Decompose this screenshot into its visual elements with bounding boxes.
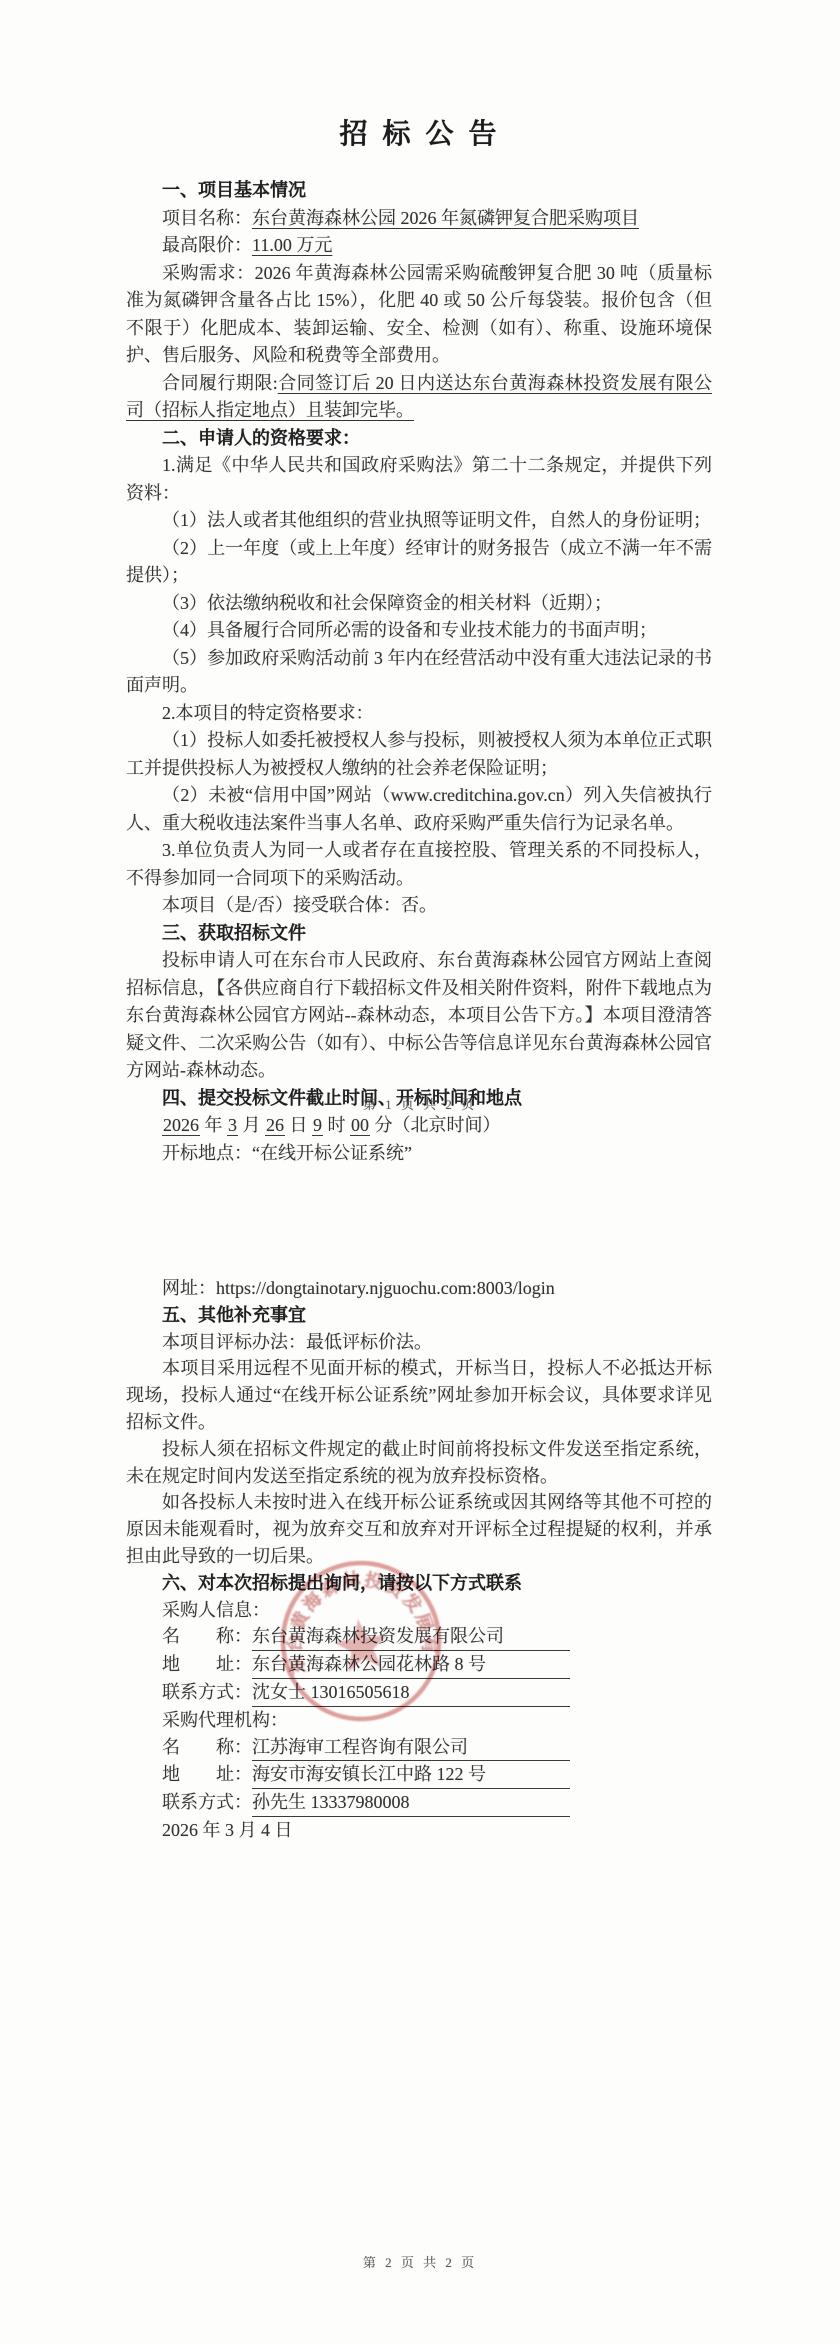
- agency-name-line: 名 称：江苏海审工程咨询有限公司: [126, 1734, 712, 1762]
- deadline-hour: 9: [312, 1115, 323, 1136]
- section1-heading: 一、项目基本情况: [126, 177, 712, 205]
- page1-footer: 第 1 页 共 2 页: [0, 1094, 840, 1113]
- evaluation-method-line: 本项目评标办法：最低评标价法。: [126, 1329, 712, 1356]
- section3-heading: 三、获取招标文件: [126, 920, 712, 948]
- waiver-paragraph: 如各投标人未按时进入在线开标公证系统或因其网络等其他不可控的原因未能观看时，视为…: [126, 1489, 712, 1569]
- page2-footer: 第 2 页 共 2 页: [0, 2252, 840, 2271]
- scanned-bid-announcement: 招 标 公 告 一、项目基本情况 项目名称：东台黄海森林公园 2026 年氮磷钾…: [0, 0, 840, 2344]
- deadline-year: 2026: [162, 1115, 200, 1136]
- announcement-date: 2026 年 3 月 4 日: [126, 1817, 712, 1844]
- purchaser-name-line: 名 称：东台黄海森林投资发展有限公司: [126, 1623, 712, 1651]
- project-name-line: 项目名称：东台黄海森林公园 2026 年氮磷钾复合肥采购项目: [126, 205, 712, 233]
- purchaser-contact-value: 沈女士 13016505618: [252, 1679, 570, 1707]
- max-price-value: 11.00 万元: [252, 235, 332, 255]
- obtain-documents-paragraph: 投标申请人可在东台市人民政府、东台黄海森林公园官方网站上查阅招标信息，【各供应商…: [126, 947, 712, 1085]
- purchaser-contact-label: 联系方式：: [162, 1682, 252, 1702]
- deadline-line: 2026 年 3 月 26 日 9 时 00 分（北京时间）: [126, 1112, 712, 1140]
- qualification-1-3: （3）依法缴纳税收和社会保障资金的相关材料（近期）；: [126, 590, 712, 618]
- deadline-minute: 00: [350, 1115, 370, 1136]
- agency-heading: 采购代理机构：: [126, 1707, 712, 1734]
- open-location-line: 开标地点：“在线开标公证系统”: [126, 1140, 712, 1168]
- contract-term-label: 合同履行期限:: [162, 373, 278, 393]
- purchaser-contact-line: 联系方式：沈女士 13016505618: [126, 1679, 712, 1707]
- agency-contact-label: 联系方式：: [162, 1792, 252, 1812]
- purchaser-info-heading: 采购人信息：: [126, 1597, 712, 1624]
- deadline-month-unit: 月: [238, 1115, 265, 1135]
- deadline-day-unit: 日: [285, 1115, 312, 1135]
- qualification-3: 3.单位负责人为同一人或者存在直接控股、管理关系的不同投标人，不得参加同一合同项…: [126, 837, 712, 892]
- qualification-1: 1.满足《中华人民共和国政府采购法》第二十二条规定，并提供下列资料：: [126, 452, 712, 507]
- qualification-2: 2.本项目的特定资格要求：: [126, 700, 712, 728]
- qualification-2-1: （1）投标人如委托被授权人参与投标，则被授权人须为本单位正式职工并提供投标人为被…: [126, 727, 712, 782]
- agency-contact-value: 孙先生 13337980008: [252, 1789, 570, 1817]
- deadline-year-unit: 年: [200, 1115, 227, 1135]
- page1-content: 一、项目基本情况 项目名称：东台黄海森林公园 2026 年氮磷钾复合肥采购项目 …: [126, 177, 712, 1167]
- agency-address-label: 地 址：: [162, 1764, 252, 1784]
- document-title: 招 标 公 告: [0, 112, 840, 152]
- purchaser-address-value: 东台黄海森林公园花林路 8 号: [252, 1651, 570, 1679]
- qualification-1-1: （1）法人或者其他组织的营业执照等证明文件，自然人的身份证明；: [126, 507, 712, 535]
- section5-heading: 五、其他补充事宜: [126, 1302, 712, 1329]
- project-name-value: 东台黄海森林公园 2026 年氮磷钾复合肥采购项目: [252, 208, 639, 228]
- page2-content: 网址：https://dongtainotary.njguochu.com:80…: [126, 1275, 712, 1844]
- qualification-1-5: （5）参加政府采购活动前 3 年内在经营活动中没有重大违法记录的书面声明。: [126, 645, 712, 700]
- purchaser-name-value: 东台黄海森林投资发展有限公司: [252, 1623, 570, 1651]
- submission-system-paragraph: 投标人须在招标文件规定的截止时间前将投标文件发送至指定系统，未在规定时间内发送至…: [126, 1436, 712, 1490]
- agency-name-value: 江苏海审工程咨询有限公司: [252, 1734, 570, 1762]
- procurement-demand-paragraph: 采购需求：2026 年黄海森林公园需采购硫酸钾复合肥 30 吨（质量标准为氮磷钾…: [126, 260, 712, 370]
- deadline-hour-unit: 时: [323, 1115, 350, 1135]
- remote-opening-paragraph: 本项目采用远程不见面开标的模式，开标当日，投标人不必抵达开标现场，投标人通过“在…: [126, 1355, 712, 1435]
- agency-name-label: 名 称：: [162, 1737, 252, 1757]
- project-name-label: 项目名称：: [162, 208, 252, 228]
- agency-contact-line: 联系方式：孙先生 13337980008: [126, 1789, 712, 1817]
- deadline-month: 3: [227, 1115, 238, 1136]
- section2-heading: 二、申请人的资格要求：: [126, 425, 712, 453]
- qualification-2-2: （2）未被“信用中国”网站（www.creditchina.gov.cn）列入失…: [126, 782, 712, 837]
- notary-url-line: 网址：https://dongtainotary.njguochu.com:80…: [126, 1275, 712, 1302]
- section6-heading: 六、对本次招标提出询问，请按以下方式联系: [126, 1570, 712, 1597]
- purchaser-name-label: 名 称：: [162, 1626, 252, 1646]
- purchaser-address-line: 地 址：东台黄海森林公园花林路 8 号: [126, 1651, 712, 1679]
- agency-address-value: 海安市海安镇长江中路 122 号: [252, 1761, 570, 1789]
- consortium-line: 本项目（是/否）接受联合体：否。: [126, 892, 712, 920]
- deadline-minute-suffix: 分（北京时间）: [370, 1115, 501, 1135]
- agency-address-line: 地 址：海安市海安镇长江中路 122 号: [126, 1761, 712, 1789]
- contract-term-line: 合同履行期限:合同签订后 20 日内送达东台黄海森林投资发展有限公司（招标人指定…: [126, 370, 712, 425]
- qualification-1-4: （4）具备履行合同所必需的设备和专业技术能力的书面声明；: [126, 617, 712, 645]
- max-price-line: 最高限价：11.00 万元: [126, 232, 712, 260]
- max-price-label: 最高限价：: [162, 235, 252, 255]
- deadline-day: 26: [265, 1115, 285, 1136]
- purchaser-address-label: 地 址：: [162, 1654, 252, 1674]
- qualification-1-2: （2）上一年度（或上上年度）经审计的财务报告（成立不满一年不需提供）；: [126, 535, 712, 590]
